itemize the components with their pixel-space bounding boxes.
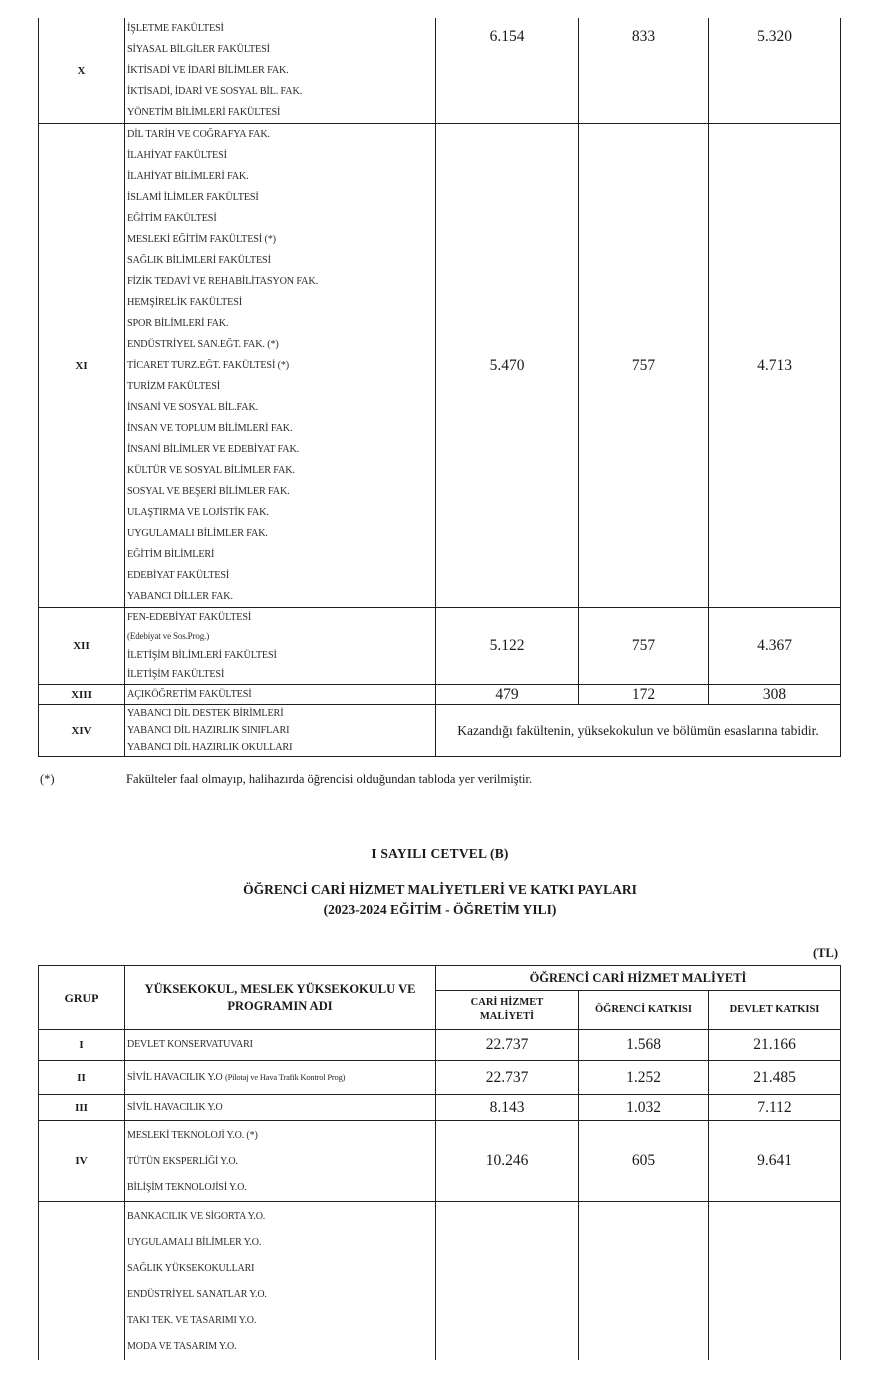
faculty-name: FEN-EDEBİYAT FAKÜLTESİ	[127, 608, 435, 627]
group-cell: IV	[39, 1121, 125, 1202]
faculty-name: SOSYAL VE BEŞERİ BİLİMLER FAK.	[127, 481, 435, 502]
faculty-name: MESLEKİ EĞİTİM FAKÜLTESİ (*)	[127, 229, 435, 250]
faculty-names-cell: YABANCI DİL DESTEK BİRİMLERİ YABANCI DİL…	[125, 705, 436, 757]
ogrenci-katkisi-cell: 1.568	[579, 1030, 709, 1061]
faculty-name: İLAHİYAT FAKÜLTESİ	[127, 145, 435, 166]
table-row: II SİVİL HAVACILIK Y.O (Pilotaj ve Hava …	[39, 1061, 841, 1095]
row-note-cell: Kazandığı fakültenin, yüksekokulun ve bö…	[436, 705, 841, 757]
school-name-main: SİVİL HAVACILIK Y.O	[127, 1072, 223, 1083]
ogrenci-katkisi-cell: 833	[579, 18, 709, 124]
faculty-name: HEMŞİRELİK FAKÜLTESİ	[127, 292, 435, 313]
header-cari-hizmet-maliyeti: CARİ HİZMET MALİYETİ	[436, 991, 579, 1030]
faculty-name: YÖNETİM BİLİMLERİ FAKÜLTESİ	[127, 102, 435, 123]
faculty-name: FİZİK TEDAVİ VE REHABİLİTASYON FAK.	[127, 271, 435, 292]
faculty-name: İSLAMİ İLİMLER FAKÜLTESİ	[127, 187, 435, 208]
school-name: MODA VE TASARIM Y.O.	[127, 1334, 435, 1360]
devlet-katkisi-cell: 308	[709, 685, 841, 705]
ogrenci-katkisi-cell: 757	[579, 124, 709, 608]
header-grup: GRUP	[39, 966, 125, 1030]
cari-hizmet-maliyeti-cell: 479	[436, 685, 579, 705]
section-title: I SAYILI CETVEL (B)	[0, 846, 880, 862]
faculty-name: İNSANİ BİLİMLER VE EDEBİYAT FAK.	[127, 439, 435, 460]
table-row: XIII AÇIKÖĞRETİM FAKÜLTESİ 479 172 308	[39, 685, 841, 705]
school-names-cell: DEVLET KONSERVATUVARI	[125, 1030, 436, 1061]
school-name: BİLİŞİM TEKNOLOJİSİ Y.O.	[127, 1175, 435, 1201]
table-row: XII FEN-EDEBİYAT FAKÜLTESİ (Edebiyat ve …	[39, 608, 841, 685]
ogrenci-katkisi-cell: 757	[579, 608, 709, 685]
faculty-names-cell: FEN-EDEBİYAT FAKÜLTESİ (Edebiyat ve Sos.…	[125, 608, 436, 685]
faculty-name: SAĞLIK BİLİMLERİ FAKÜLTESİ	[127, 250, 435, 271]
cari-hizmet-maliyeti-cell: 22.737	[436, 1030, 579, 1061]
school-names-cell: BANKACILIK VE SİGORTA Y.O. UYGULAMALI Bİ…	[125, 1202, 436, 1361]
group-cell: XI	[39, 124, 125, 608]
faculty-name: YABANCI DİL DESTEK BİRİMLERİ	[127, 705, 435, 722]
faculty-name: DİL TARİH VE COĞRAFYA FAK.	[127, 124, 435, 145]
faculty-name: YABANCI DİLLER FAK.	[127, 586, 435, 607]
table-row: III SİVİL HAVACILIK Y.O 8.143 1.032 7.11…	[39, 1095, 841, 1121]
faculty-name: TİCARET TURZ.EĞT. FAKÜLTESİ (*)	[127, 355, 435, 376]
faculty-name: UYGULAMALI BİLİMLER FAK.	[127, 523, 435, 544]
faculty-name-note: (Edebiyat ve Sos.Prog.)	[127, 627, 435, 646]
cari-hizmet-maliyeti-cell: 8.143	[436, 1095, 579, 1121]
school-name: SİVİL HAVACILIK Y.O	[127, 1097, 435, 1119]
devlet-katkisi-cell: 21.485	[709, 1061, 841, 1095]
group-cell	[39, 1202, 125, 1361]
cari-hizmet-maliyeti-cell: 10.246	[436, 1121, 579, 1202]
faculty-name: EĞİTİM FAKÜLTESİ	[127, 208, 435, 229]
faculty-name: İNSAN VE TOPLUM BİLİMLERİ FAK.	[127, 418, 435, 439]
school-name: DEVLET KONSERVATUVARI	[127, 1031, 435, 1059]
faculty-name: İLETİŞİM FAKÜLTESİ	[127, 665, 435, 684]
devlet-katkisi-cell: 21.166	[709, 1030, 841, 1061]
ogrenci-katkisi-cell: 1.252	[579, 1061, 709, 1095]
group-cell: II	[39, 1061, 125, 1095]
table-row: XIV YABANCI DİL DESTEK BİRİMLERİ YABANCI…	[39, 705, 841, 757]
school-names-cell: SİVİL HAVACILIK Y.O (Pilotaj ve Hava Tra…	[125, 1061, 436, 1095]
faculty-name: İNSANİ VE SOSYAL BİL.FAK.	[127, 397, 435, 418]
cari-hizmet-maliyeti-cell: 5.122	[436, 608, 579, 685]
faculty-name: SPOR BİLİMLERİ FAK.	[127, 313, 435, 334]
school-name: ENDÜSTRİYEL SANATLAR Y.O.	[127, 1282, 435, 1308]
school-name: BANKACILIK VE SİGORTA Y.O.	[127, 1204, 435, 1230]
school-name: SAĞLIK YÜKSEKOKULLARI	[127, 1256, 435, 1282]
group-cell: X	[39, 18, 125, 124]
header-program-name: YÜKSEKOKUL, MESLEK YÜKSEKOKULU VE PROGRA…	[125, 966, 436, 1030]
faculty-name: İKTİSADİ, İDARİ VE SOSYAL BİL. FAK.	[127, 81, 435, 102]
school-name: UYGULAMALI BİLİMLER Y.O.	[127, 1230, 435, 1256]
faculty-name: ENDÜSTRİYEL SAN.EĞT. FAK. (*)	[127, 334, 435, 355]
faculty-name: YABANCI DİL HAZIRLIK OKULLARI	[127, 739, 435, 756]
faculty-name: İLETİŞİM BİLİMLERİ FAKÜLTESİ	[127, 646, 435, 665]
cost-table-schools: GRUP YÜKSEKOKUL, MESLEK YÜKSEKOKULU VE P…	[38, 965, 841, 1360]
faculty-name: KÜLTÜR VE SOSYAL BİLİMLER FAK.	[127, 460, 435, 481]
ogrenci-katkisi-cell	[579, 1202, 709, 1361]
currency-unit: (TL)	[813, 946, 838, 961]
table-row: I DEVLET KONSERVATUVARI 22.737 1.568 21.…	[39, 1030, 841, 1061]
ogrenci-katkisi-cell: 172	[579, 685, 709, 705]
table-row: XI DİL TARİH VE COĞRAFYA FAK. İLAHİYAT F…	[39, 124, 841, 608]
group-cell: XIV	[39, 705, 125, 757]
devlet-katkisi-cell: 5.320	[709, 18, 841, 124]
faculty-name: İKTİSADİ VE İDARİ BİLİMLER FAK.	[127, 60, 435, 81]
faculty-name: İŞLETME FAKÜLTESİ	[127, 18, 435, 39]
faculty-name: SİYASAL BİLGİLER FAKÜLTESİ	[127, 39, 435, 60]
group-cell: III	[39, 1095, 125, 1121]
school-name: TÜTÜN EKSPERLİĞİ Y.O.	[127, 1149, 435, 1175]
header-devlet-katkisi: DEVLET KATKISI	[709, 991, 841, 1030]
header-cost-group: ÖĞRENCİ CARİ HİZMET MALİYETİ	[436, 966, 841, 991]
footnote-text: Fakülteler faal olmayıp, halihazırda öğr…	[126, 772, 532, 786]
footnote-mark: (*)	[40, 772, 126, 787]
cari-hizmet-maliyeti-cell: 5.470	[436, 124, 579, 608]
devlet-katkisi-cell: 9.641	[709, 1121, 841, 1202]
devlet-katkisi-cell: 7.112	[709, 1095, 841, 1121]
cari-hizmet-maliyeti-cell	[436, 1202, 579, 1361]
faculty-name: EĞİTİM BİLİMLERİ	[127, 544, 435, 565]
ogrenci-katkisi-cell: 605	[579, 1121, 709, 1202]
school-name-program: (Pilotaj ve Hava Trafik Kontrol Prog)	[225, 1072, 345, 1082]
faculty-name: AÇIKÖĞRETİM FAKÜLTESİ	[127, 685, 435, 704]
devlet-katkisi-cell: 4.367	[709, 608, 841, 685]
table-row: X İŞLETME FAKÜLTESİ SİYASAL BİLGİLER FAK…	[39, 18, 841, 124]
cari-hizmet-maliyeti-cell: 22.737	[436, 1061, 579, 1095]
faculty-name: YABANCI DİL HAZIRLIK SINIFLARI	[127, 722, 435, 739]
faculty-names-cell: İŞLETME FAKÜLTESİ SİYASAL BİLGİLER FAKÜL…	[125, 18, 436, 124]
academic-year: (2023-2024 EĞİTİM - ÖĞRETİM YILI)	[0, 902, 880, 918]
group-cell: I	[39, 1030, 125, 1061]
group-cell: XIII	[39, 685, 125, 705]
faculty-names-cell: AÇIKÖĞRETİM FAKÜLTESİ	[125, 685, 436, 705]
faculty-name: TURİZM FAKÜLTESİ	[127, 376, 435, 397]
cari-hizmet-maliyeti-cell: 6.154	[436, 18, 579, 124]
header-ogrenci-katkisi: ÖĞRENCİ KATKISI	[579, 991, 709, 1030]
cost-table-faculties: X İŞLETME FAKÜLTESİ SİYASAL BİLGİLER FAK…	[38, 18, 841, 757]
section-subtitle: ÖĞRENCİ CARİ HİZMET MALİYETLERİ VE KATKI…	[0, 882, 880, 898]
footnote: (*)Fakülteler faal olmayıp, halihazırda …	[40, 772, 532, 787]
faculty-name: EDEBİYAT FAKÜLTESİ	[127, 565, 435, 586]
table-row: IV MESLEKİ TEKNOLOJİ Y.O. (*) TÜTÜN EKSP…	[39, 1121, 841, 1202]
school-name: MESLEKİ TEKNOLOJİ Y.O. (*)	[127, 1123, 435, 1149]
devlet-katkisi-cell: 4.713	[709, 124, 841, 608]
school-name: TAKI TEK. VE TASARIMI Y.O.	[127, 1308, 435, 1334]
faculty-names-cell: DİL TARİH VE COĞRAFYA FAK. İLAHİYAT FAKÜ…	[125, 124, 436, 608]
ogrenci-katkisi-cell: 1.032	[579, 1095, 709, 1121]
devlet-katkisi-cell	[709, 1202, 841, 1361]
table-row: BANKACILIK VE SİGORTA Y.O. UYGULAMALI Bİ…	[39, 1202, 841, 1361]
school-names-cell: SİVİL HAVACILIK Y.O	[125, 1095, 436, 1121]
school-name: SİVİL HAVACILIK Y.O (Pilotaj ve Hava Tra…	[127, 1063, 435, 1092]
group-cell: XII	[39, 608, 125, 685]
faculty-name: ULAŞTIRMA VE LOJİSTİK FAK.	[127, 502, 435, 523]
faculty-name: İLAHİYAT BİLİMLERİ FAK.	[127, 166, 435, 187]
school-names-cell: MESLEKİ TEKNOLOJİ Y.O. (*) TÜTÜN EKSPERL…	[125, 1121, 436, 1202]
